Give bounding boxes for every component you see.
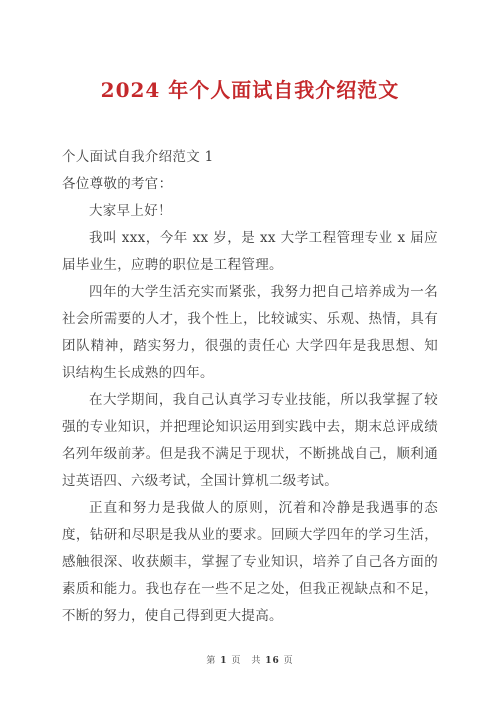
paragraph-studies: 在大学期间，我自己认真学习专业技能，所以我掌握了较强的专业知识，并把理论知识运用… (62, 387, 438, 495)
paragraph-principles: 正直和努力是我做人的原则，沉着和冷静是我遇事的态度，钻研和尽职是我从业的要求。回… (62, 495, 438, 630)
page-footer: 第 1 页共 16 页 (0, 653, 500, 666)
document-title: 2024 年个人面试自我介绍范文 (0, 74, 500, 103)
page-current-number: 1 (220, 656, 227, 666)
document-body: 个人面试自我介绍范文 1 各位尊敬的考官： 大家早上好！ 我叫 xxx，今年 x… (62, 144, 438, 630)
page-total-suffix: 页 (284, 656, 294, 666)
page-total-number: 16 (265, 656, 280, 666)
page-number-total: 共 16 页 (251, 656, 293, 666)
paragraph-university-life: 四年的大学生活充实而紧张，我努力把自己培养成为一名社会所需要的人才，我个性上，比… (62, 279, 438, 387)
page-total-prefix: 共 (251, 656, 261, 666)
salutation: 各位尊敬的考官： (62, 171, 438, 198)
page-number-current: 第 1 页 (206, 656, 241, 666)
paragraph-greeting: 大家早上好！ (62, 198, 438, 225)
page-current-prefix: 第 (206, 656, 216, 666)
page-current-suffix: 页 (231, 656, 241, 666)
section-heading: 个人面试自我介绍范文 1 (62, 144, 438, 171)
document-page: 2024 年个人面试自我介绍范文 个人面试自我介绍范文 1 各位尊敬的考官： 大… (0, 0, 500, 707)
paragraph-intro: 我叫 xxx，今年 xx 岁，是 xx 大学工程管理专业 x 届应届毕业生，应聘… (62, 225, 438, 279)
